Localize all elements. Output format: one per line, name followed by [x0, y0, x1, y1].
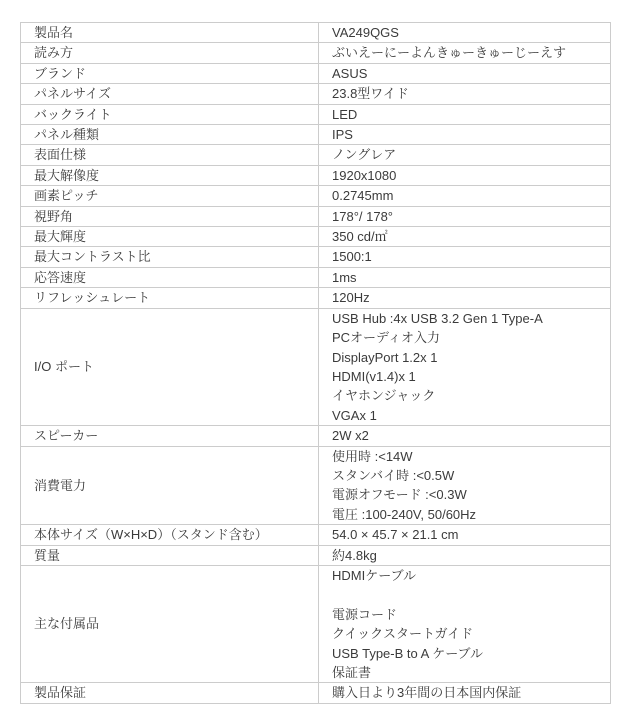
table-row: スピーカー2W x2 [21, 426, 611, 446]
spec-value-line: USB Hub :4x USB 3.2 Gen 1 Type-A [332, 309, 597, 328]
table-row: リフレッシュレート120Hz [21, 288, 611, 308]
spec-value-line: HDMI(v1.4)x 1 [332, 367, 597, 386]
spec-value: 0.2745mm [319, 186, 611, 206]
spec-value-line: LED [332, 105, 597, 124]
spec-value-line: 54.0 × 45.7 × 21.1 cm [332, 525, 597, 544]
spec-label: バックライト [21, 104, 319, 124]
spec-value-line: スタンバイ時 :<0.5W [332, 466, 597, 485]
table-row: バックライトLED [21, 104, 611, 124]
table-row: 読み方ぶいえーにーよんきゅーきゅーじーえす [21, 43, 611, 63]
spec-value: ASUS [319, 63, 611, 83]
spec-value: 1920x1080 [319, 165, 611, 185]
spec-table-container: 製品名VA249QGS読み方ぶいえーにーよんきゅーきゅーじーえすブランドASUS… [20, 22, 640, 704]
table-row: 本体サイズ（W×H×D）（スタンド含む）54.0 × 45.7 × 21.1 c… [21, 525, 611, 545]
spec-value-line: 購入日より3年間の日本国内保証 [332, 683, 597, 702]
spec-value-line: 350 cd/㎡ [332, 227, 597, 246]
spec-label: パネル種類 [21, 125, 319, 145]
table-row: 最大解像度1920x1080 [21, 165, 611, 185]
spec-value: 23.8型ワイド [319, 84, 611, 104]
spec-value-line: ぶいえーにーよんきゅーきゅーじーえす [332, 43, 597, 62]
spec-value-line: ASUS [332, 64, 597, 83]
spec-table-body: 製品名VA249QGS読み方ぶいえーにーよんきゅーきゅーじーえすブランドASUS… [21, 23, 611, 704]
table-row: 最大コントラスト比1500:1 [21, 247, 611, 267]
spec-label: スピーカー [21, 426, 319, 446]
spec-value-line: 保証書 [332, 663, 597, 682]
spec-value-line: 使用時 :<14W [332, 447, 597, 466]
spec-value: ノングレア [319, 145, 611, 165]
spec-label: 本体サイズ（W×H×D）（スタンド含む） [21, 525, 319, 545]
spec-value-line: HDMIケーブル [332, 566, 597, 585]
spec-label: 主な付属品 [21, 565, 319, 682]
spec-value-line: 電源オフモード :<0.3W [332, 485, 597, 504]
spec-value: 1500:1 [319, 247, 611, 267]
spec-value-line: VA249QGS [332, 23, 597, 42]
spec-label: 最大輝度 [21, 227, 319, 247]
table-row: I/O ポートUSB Hub :4x USB 3.2 Gen 1 Type-AP… [21, 308, 611, 425]
spec-label: パネルサイズ [21, 84, 319, 104]
spec-value-line: 1ms [332, 268, 597, 287]
spec-value-line: 23.8型ワイド [332, 84, 597, 103]
spec-value-line: 約4.8kg [332, 546, 597, 565]
spec-value: HDMIケーブル 電源コードクイックスタートガイドUSB Type-B to A… [319, 565, 611, 682]
spec-value-line: イヤホンジャック [332, 386, 597, 405]
spec-label: 消費電力 [21, 446, 319, 525]
spec-label: 質量 [21, 545, 319, 565]
spec-value: 約4.8kg [319, 545, 611, 565]
spec-label: 応答速度 [21, 267, 319, 287]
table-row: 最大輝度350 cd/㎡ [21, 227, 611, 247]
spec-value-line: VGAx 1 [332, 406, 597, 425]
spec-label: 最大解像度 [21, 165, 319, 185]
table-row: 応答速度1ms [21, 267, 611, 287]
spec-value: LED [319, 104, 611, 124]
spec-value-line [332, 585, 597, 604]
spec-value-line: 178°/ 178° [332, 207, 597, 226]
spec-value-line: 2W x2 [332, 426, 597, 445]
spec-value-line: ノングレア [332, 145, 597, 164]
spec-label: I/O ポート [21, 308, 319, 425]
table-row: 表面仕様ノングレア [21, 145, 611, 165]
table-row: 製品名VA249QGS [21, 23, 611, 43]
spec-label: ブランド [21, 63, 319, 83]
spec-value: 2W x2 [319, 426, 611, 446]
spec-label: 表面仕様 [21, 145, 319, 165]
product-spec-table: 製品名VA249QGS読み方ぶいえーにーよんきゅーきゅーじーえすブランドASUS… [20, 22, 611, 704]
table-row: 画素ピッチ0.2745mm [21, 186, 611, 206]
spec-value-line: 1500:1 [332, 247, 597, 266]
spec-value: IPS [319, 125, 611, 145]
spec-value: 178°/ 178° [319, 206, 611, 226]
spec-value-line: 電圧 :100-240V, 50/60Hz [332, 505, 597, 524]
table-row: 製品保証購入日より3年間の日本国内保証 [21, 683, 611, 703]
spec-value-line: クイックスタートガイド [332, 624, 597, 643]
table-row: 質量約4.8kg [21, 545, 611, 565]
table-row: ブランドASUS [21, 63, 611, 83]
table-row: パネルサイズ23.8型ワイド [21, 84, 611, 104]
table-row: 視野角178°/ 178° [21, 206, 611, 226]
spec-value: 350 cd/㎡ [319, 227, 611, 247]
spec-value: 使用時 :<14Wスタンバイ時 :<0.5W電源オフモード :<0.3W電圧 :… [319, 446, 611, 525]
table-row: パネル種類IPS [21, 125, 611, 145]
spec-value: USB Hub :4x USB 3.2 Gen 1 Type-APCオーディオ入… [319, 308, 611, 425]
spec-label: 製品名 [21, 23, 319, 43]
spec-value-line: IPS [332, 125, 597, 144]
spec-value: VA249QGS [319, 23, 611, 43]
spec-label: リフレッシュレート [21, 288, 319, 308]
spec-value: ぶいえーにーよんきゅーきゅーじーえす [319, 43, 611, 63]
spec-value-line: 電源コード [332, 605, 597, 624]
spec-value-line: 120Hz [332, 288, 597, 307]
spec-value-line: 1920x1080 [332, 166, 597, 185]
spec-value: 1ms [319, 267, 611, 287]
spec-label: 視野角 [21, 206, 319, 226]
spec-value: 54.0 × 45.7 × 21.1 cm [319, 525, 611, 545]
spec-value-line: 0.2745mm [332, 186, 597, 205]
spec-value-line: DisplayPort 1.2x 1 [332, 348, 597, 367]
spec-value-line: PCオーディオ入力 [332, 328, 597, 347]
spec-value: 購入日より3年間の日本国内保証 [319, 683, 611, 703]
spec-label: 最大コントラスト比 [21, 247, 319, 267]
spec-label: 画素ピッチ [21, 186, 319, 206]
spec-label: 製品保証 [21, 683, 319, 703]
spec-value-line: USB Type-B to A ケーブル [332, 644, 597, 663]
spec-label: 読み方 [21, 43, 319, 63]
table-row: 主な付属品HDMIケーブル 電源コードクイックスタートガイドUSB Type-B… [21, 565, 611, 682]
table-row: 消費電力使用時 :<14Wスタンバイ時 :<0.5W電源オフモード :<0.3W… [21, 446, 611, 525]
spec-value: 120Hz [319, 288, 611, 308]
